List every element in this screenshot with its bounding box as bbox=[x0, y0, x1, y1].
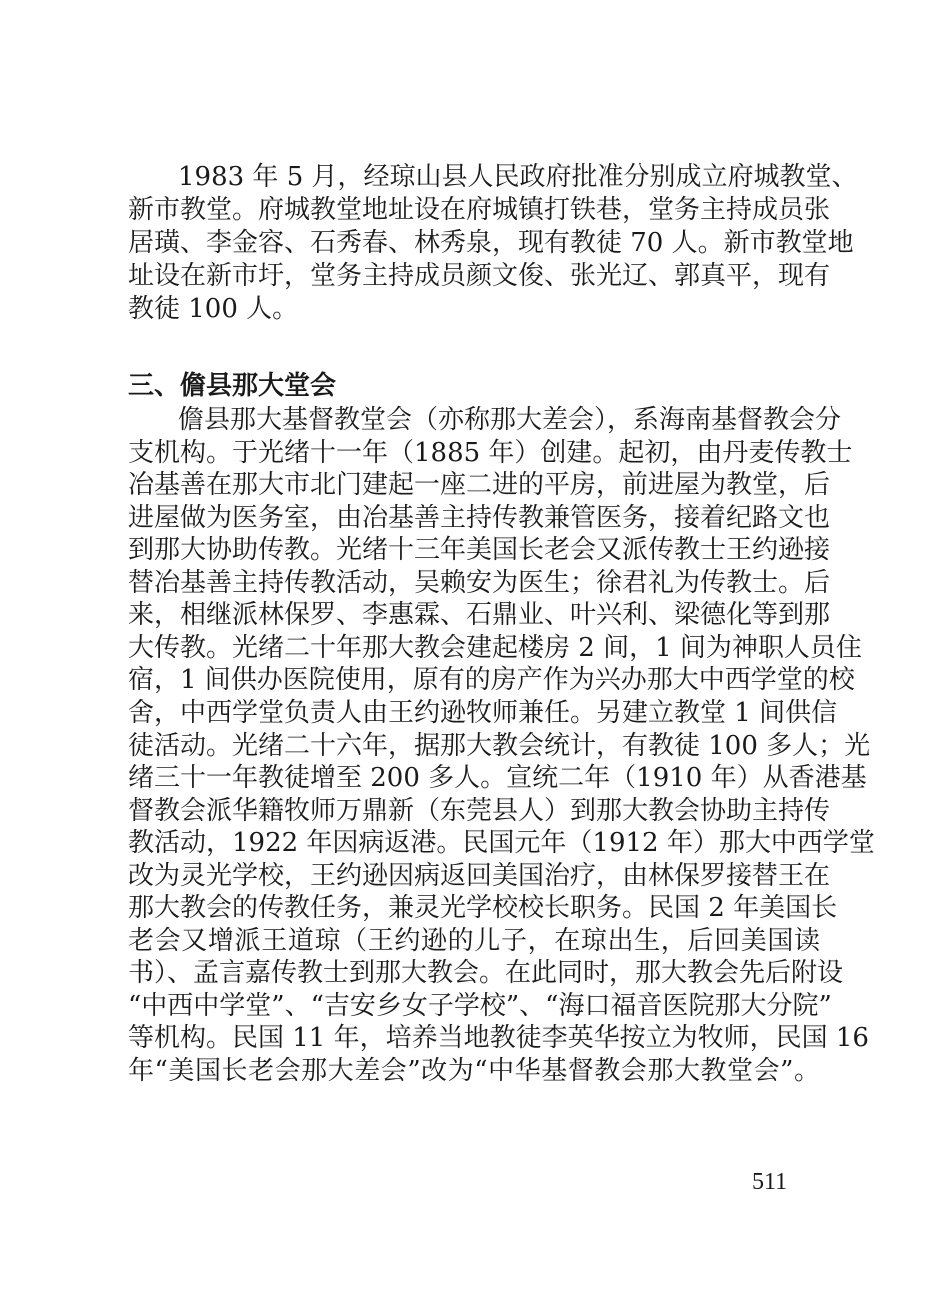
text-line: 大传教。光绪二十年那大教会建起楼房 2 间，1 间为神职人员住 bbox=[128, 632, 820, 664]
section-heading: 三、儋县那大堂会 bbox=[128, 370, 336, 402]
text-line: 儋县那大基督教堂会（亦称那大差会），系海南基督教会分 bbox=[178, 404, 820, 436]
text-line: 绪三十一年教徒增至 200 多人。宣统二年（1910 年）从香港基 bbox=[128, 762, 820, 794]
text-line: “中西中学堂”、“吉安乡女子学校”、“海口福音医院那大分院” bbox=[128, 990, 820, 1022]
text-line: 新市教堂。府城教堂地址设在府城镇打铁巷，堂务主持成员张 bbox=[128, 194, 820, 226]
document-page: 1983 年 5 月，经琼山县人民政府批准分别成立府城教堂、 新市教堂。府城教堂… bbox=[0, 0, 936, 1310]
text-line: 督教会派华籍牧师万鼎新（东莞县人）到那大教会协助主持传 bbox=[128, 795, 820, 827]
text-line: 宿，1 间供办医院使用，原有的房产作为兴办那大中西学堂的校 bbox=[128, 664, 820, 696]
text-line: 老会又增派王道琼（王约逊的儿子，在琼出生，后回美国读 bbox=[128, 925, 820, 957]
text-line: 书）、孟言嘉传教士到那大教会。在此同时，那大教会先后附设 bbox=[128, 957, 820, 989]
text-line: 教徒 100 人。 bbox=[128, 293, 820, 325]
text-line: 舍，中西学堂负责人由王约逊牧师兼任。另建立教堂 1 间供信 bbox=[128, 697, 820, 729]
text-line: 替冶基善主持传教活动，吴赖安为医生；徐君礼为传教士。后 bbox=[128, 567, 820, 599]
text-line: 1983 年 5 月，经琼山县人民政府批准分别成立府城教堂、 bbox=[178, 161, 820, 193]
text-line: 那大教会的传教任务，兼灵光学校校长职务。民国 2 年美国长 bbox=[128, 892, 820, 924]
text-line: 到那大协助传教。光绪十三年美国长老会又派传教士王约逊接 bbox=[128, 534, 820, 566]
text-line: 教活动，1922 年因病返港。民国元年（1912 年）那大中西学堂 bbox=[128, 827, 820, 859]
text-line: 冶基善在那大市北门建起一座二进的平房，前进屋为教堂，后 bbox=[128, 469, 820, 501]
text-line: 等机构。民国 11 年，培养当地教徒李英华按立为牧师，民国 16 bbox=[128, 1022, 820, 1054]
text-line: 徒活动。光绪二十六年，据那大教会统计，有教徒 100 多人；光 bbox=[128, 730, 820, 762]
text-line: 改为灵光学校，王约逊因病返回美国治疗，由林保罗接替王在 bbox=[128, 860, 820, 892]
page-number: 511 bbox=[752, 1168, 787, 1196]
text-line: 年“美国长老会那大差会”改为“中华基督教会那大教堂会”。 bbox=[128, 1055, 820, 1087]
text-line: 居璜、李金容、石秀春、林秀泉，现有教徒 70 人。新市教堂地 bbox=[128, 227, 820, 259]
text-line: 址设在新市圩，堂务主持成员颜文俊、张光辽、郭真平，现有 bbox=[128, 260, 820, 292]
text-line: 支机构。于光绪十一年（1885 年）创建。起初，由丹麦传教士 bbox=[128, 437, 820, 469]
text-line: 进屋做为医务室，由冶基善主持传教兼管医务，接着纪路文也 bbox=[128, 502, 820, 534]
text-line: 来，相继派林保罗、李惠霖、石鼎业、叶兴利、梁德化等到那 bbox=[128, 599, 820, 631]
